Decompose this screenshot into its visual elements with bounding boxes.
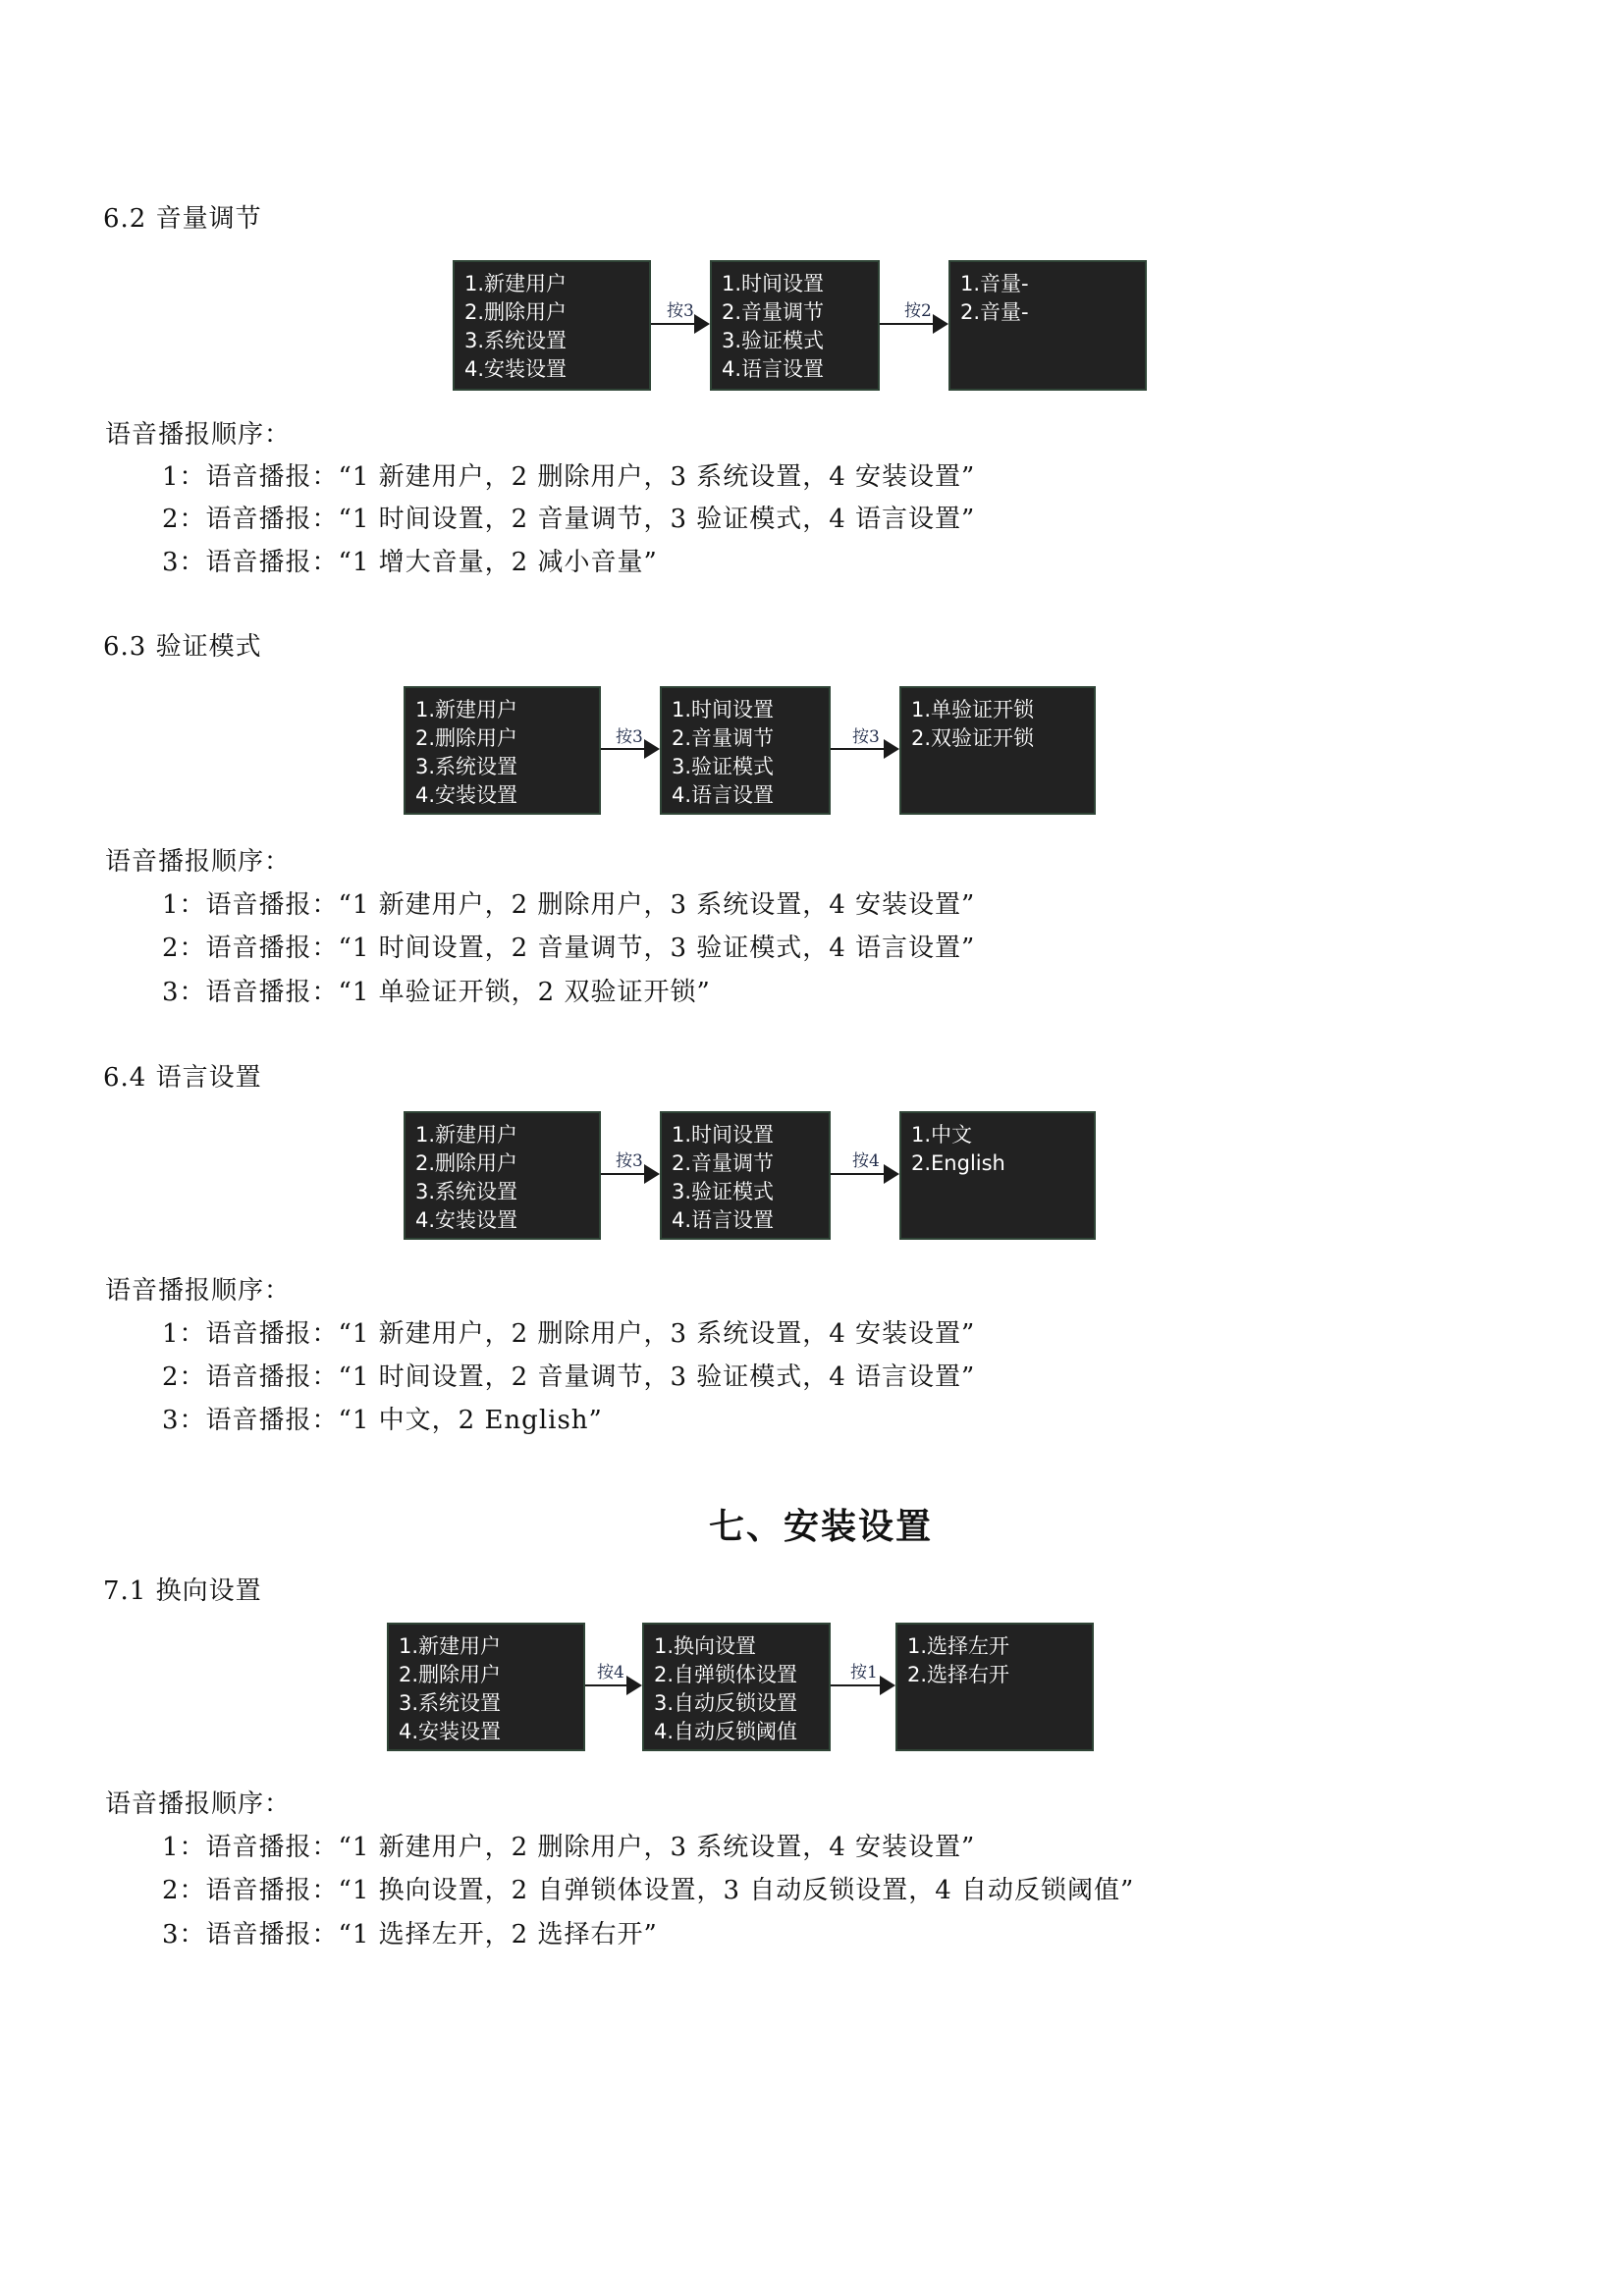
menu-line: 4.语言设置 bbox=[722, 355, 878, 384]
menu-line: 2.选择右开 bbox=[907, 1661, 1092, 1689]
menu-box-verify-mode: 1.单验证开锁 2.双验证开锁 bbox=[899, 686, 1096, 815]
menu-line: 2.双验证开锁 bbox=[911, 724, 1094, 753]
arrow-label: 按2 bbox=[904, 296, 932, 321]
menu-line: 4.安装设置 bbox=[415, 1206, 599, 1235]
menu-line: 4.安装设置 bbox=[399, 1718, 583, 1746]
menu-line: 2.删除用户 bbox=[464, 298, 649, 327]
arrow-right-icon bbox=[601, 748, 658, 750]
menu-line: 2.音量调节 bbox=[672, 724, 829, 753]
menu-line: 2.English bbox=[911, 1149, 1094, 1178]
menu-box-main: 1.新建用户 2.删除用户 3.系统设置 4.安装设置 bbox=[387, 1623, 585, 1751]
menu-line: 1.新建用户 bbox=[399, 1632, 583, 1661]
menu-line: 4.安装设置 bbox=[464, 355, 649, 384]
arrow-right-icon bbox=[601, 1173, 658, 1175]
broadcast-item: 1：语音播报：“1 新建用户，2 删除用户，3 系统设置，4 安装设置” bbox=[162, 1833, 975, 1862]
menu-box-system-settings: 1.时间设置 2.音量调节 3.验证模式 4.语言设置 bbox=[660, 686, 831, 815]
arrow-label: 按4 bbox=[597, 1658, 624, 1682]
menu-box-main: 1.新建用户 2.删除用户 3.系统设置 4.安装设置 bbox=[453, 260, 651, 391]
menu-box-system-settings: 1.时间设置 2.音量调节 3.验证模式 4.语言设置 bbox=[710, 260, 880, 391]
arrow-right-icon bbox=[831, 1173, 897, 1175]
arrow-label: 按3 bbox=[616, 722, 643, 747]
menu-line: 2.音量调节 bbox=[722, 298, 878, 327]
broadcast-order-label: 语音播报顺序： bbox=[105, 1789, 291, 1819]
broadcast-item: 2：语音播报：“1 时间设置，2 音量调节，3 验证模式，4 语言设置” bbox=[162, 505, 975, 534]
menu-line: 1.新建用户 bbox=[415, 1121, 599, 1149]
chapter-heading-7: 七、安装设置 bbox=[709, 1506, 933, 1547]
menu-line: 2.删除用户 bbox=[399, 1661, 583, 1689]
menu-line: 3.验证模式 bbox=[672, 753, 829, 781]
menu-line: 2.音量- bbox=[960, 298, 1145, 327]
menu-line: 3.自动反锁设置 bbox=[654, 1689, 829, 1718]
broadcast-item: 1：语音播报：“1 新建用户，2 删除用户，3 系统设置，4 安装设置” bbox=[162, 890, 975, 920]
menu-line: 1.新建用户 bbox=[464, 270, 649, 298]
menu-line: 3.系统设置 bbox=[399, 1689, 583, 1718]
menu-line: 2.音量调节 bbox=[672, 1149, 829, 1178]
arrow-right-icon bbox=[831, 748, 897, 750]
menu-line: 1.换向设置 bbox=[654, 1632, 829, 1661]
broadcast-item: 3：语音播报：“1 单验证开锁，2 双验证开锁” bbox=[162, 978, 711, 1007]
menu-line: 3.系统设置 bbox=[415, 753, 599, 781]
broadcast-item: 1：语音播报：“1 新建用户，2 删除用户，3 系统设置，4 安装设置” bbox=[162, 1319, 975, 1349]
section-heading-6-3: 6.3 验证模式 bbox=[103, 632, 262, 662]
section-heading-6-4: 6.4 语言设置 bbox=[103, 1063, 262, 1093]
arrow-label: 按3 bbox=[616, 1147, 643, 1171]
arrow-right-icon bbox=[585, 1684, 640, 1686]
broadcast-item: 2：语音播报：“1 换向设置，2 自弹锁体设置，3 自动反锁设置，4 自动反锁阈… bbox=[162, 1876, 1134, 1905]
broadcast-item: 3：语音播报：“1 中文，2 English” bbox=[162, 1406, 603, 1435]
menu-line: 3.验证模式 bbox=[672, 1178, 829, 1206]
menu-line: 4.语言设置 bbox=[672, 1206, 829, 1235]
broadcast-order-label: 语音播报顺序： bbox=[105, 1276, 291, 1306]
broadcast-item: 3：语音播报：“1 增大音量，2 减小音量” bbox=[162, 548, 658, 577]
menu-line: 2.删除用户 bbox=[415, 724, 599, 753]
menu-box-direction: 1.选择左开 2.选择右开 bbox=[895, 1623, 1094, 1751]
broadcast-item: 3：语音播报：“1 选择左开，2 选择右开” bbox=[162, 1920, 658, 1949]
menu-line: 1.时间设置 bbox=[722, 270, 878, 298]
menu-line: 2.自弹锁体设置 bbox=[654, 1661, 829, 1689]
arrow-right-icon bbox=[651, 323, 708, 325]
menu-box-main: 1.新建用户 2.删除用户 3.系统设置 4.安装设置 bbox=[404, 1111, 601, 1240]
arrow-right-icon bbox=[880, 323, 947, 325]
menu-line: 4.自动反锁阈值 bbox=[654, 1718, 829, 1746]
broadcast-item: 2：语音播报：“1 时间设置，2 音量调节，3 验证模式，4 语言设置” bbox=[162, 1362, 975, 1392]
menu-line: 3.验证模式 bbox=[722, 327, 878, 355]
broadcast-item: 1：语音播报：“1 新建用户，2 删除用户，3 系统设置，4 安装设置” bbox=[162, 462, 975, 492]
arrow-label: 按3 bbox=[852, 722, 880, 747]
menu-line: 1.时间设置 bbox=[672, 1121, 829, 1149]
broadcast-order-label: 语音播报顺序： bbox=[105, 420, 291, 450]
menu-box-install-settings: 1.换向设置 2.自弹锁体设置 3.自动反锁设置 4.自动反锁阈值 bbox=[642, 1623, 831, 1751]
menu-line: 1.时间设置 bbox=[672, 696, 829, 724]
menu-line: 1.选择左开 bbox=[907, 1632, 1092, 1661]
section-heading-6-2: 6.2 音量调节 bbox=[103, 204, 262, 234]
broadcast-order-label: 语音播报顺序： bbox=[105, 847, 291, 877]
menu-line: 1.单验证开锁 bbox=[911, 696, 1094, 724]
menu-box-system-settings: 1.时间设置 2.音量调节 3.验证模式 4.语言设置 bbox=[660, 1111, 831, 1240]
arrow-label: 按1 bbox=[850, 1658, 878, 1682]
menu-line: 1.中文 bbox=[911, 1121, 1094, 1149]
menu-line: 3.系统设置 bbox=[415, 1178, 599, 1206]
menu-box-volume: 1.音量- 2.音量- bbox=[948, 260, 1147, 391]
arrow-label: 按4 bbox=[852, 1147, 880, 1171]
menu-box-main: 1.新建用户 2.删除用户 3.系统设置 4.安装设置 bbox=[404, 686, 601, 815]
menu-box-language: 1.中文 2.English bbox=[899, 1111, 1096, 1240]
menu-line: 3.系统设置 bbox=[464, 327, 649, 355]
menu-line: 4.语言设置 bbox=[672, 781, 829, 810]
section-heading-7-1: 7.1 换向设置 bbox=[103, 1576, 262, 1606]
arrow-label: 按3 bbox=[667, 296, 694, 321]
arrow-right-icon bbox=[831, 1684, 893, 1686]
menu-line: 1.音量- bbox=[960, 270, 1145, 298]
broadcast-item: 2：语音播报：“1 时间设置，2 音量调节，3 验证模式，4 语言设置” bbox=[162, 934, 975, 963]
menu-line: 4.安装设置 bbox=[415, 781, 599, 810]
menu-line: 2.删除用户 bbox=[415, 1149, 599, 1178]
menu-line: 1.新建用户 bbox=[415, 696, 599, 724]
